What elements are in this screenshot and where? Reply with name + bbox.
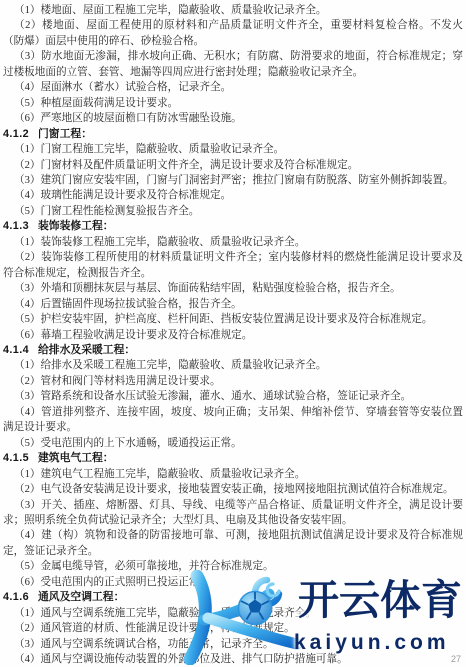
section-heading: 4.1.3装饰装修工程： [3,219,463,234]
clause-item: （4）后置锚固件现场拉拔试验合格，报告齐全。 [3,297,463,312]
brand-url: kaiyun.com [294,632,450,653]
clause-item: （1）建筑电气工程施工完毕，隐蔽验收、质量验收记录齐全。 [3,467,463,482]
clause-item: （1）楼地面、屋面工程施工完毕，隐蔽验收、质量验收记录齐全。 [3,3,463,18]
clause-item: （6）幕墙工程验收满足设计要求及符合标准规定。 [3,328,463,343]
section-title: 装饰装修工程： [38,220,114,232]
kaiyun-watermark: 开云体育 kaiyun.com [170,568,466,667]
clause-item: （2）电气设备安装满足设计要求，接地装置安装正确，接地网接地阻抗测试值符合标准规… [3,482,463,497]
clause-item: （4）屋面淋水（蓄水）试验合格，记录齐全。 [3,80,463,95]
clause-item: （6）严寒地区的坡屋面檐口有防冰雪融坠设施。 [3,111,463,126]
clause-item: （5）受电范围内的上下水通畅，暖通投运正常。 [3,436,463,451]
section-heading: 4.1.2门窗工程： [3,127,463,142]
clause-item: （3）防水地面无渗漏，排水坡向正确、无积水；有防腐、防滑要求的地面，符合标准规定… [3,49,463,80]
clause-item: （5）种植屋面载荷满足设计要求。 [3,96,463,111]
clause-item: （3）外墙和顶棚抹灰层与基层、饰面砖粘结牢固，粘贴强度检验合格，报告齐全。 [3,281,463,296]
section-title: 门窗工程： [38,128,92,140]
section-number: 4.1.2 [3,128,29,140]
section-title: 给排水及采暖工程： [38,344,135,356]
section-heading: 4.1.4给排水及采暖工程： [3,343,463,358]
document-page: （1）楼地面、屋面工程施工完毕，隐蔽验收、质量验收记录齐全。（2）楼地面、屋面工… [0,0,466,667]
page-number: 27 [451,654,461,664]
clause-item: （1）门窗工程施工完毕，隐蔽验收、质量验收记录齐全。 [3,142,463,157]
section-heading: 4.1.5建筑电气工程： [3,451,463,466]
clause-item: （2）管材和阀门等材料选用满足设计要求。 [3,374,463,389]
clause-item: （1）给排水及采暖工程施工完毕，隐蔽验收、质量验收记录齐全。 [3,358,463,373]
clause-item: （3）开关、插座、熔断器、灯具、导线、电缆等产品合格证、质量证明文件齐全，满足设… [3,498,463,529]
section-number: 4.1.3 [3,220,29,232]
clause-item: （2）楼地面、屋面工程使用的原材料和产品质量证明文件齐全，重要材料复检合格。不发… [3,18,463,49]
clause-item: （3）建筑门窗应安装牢固，门窗与门洞密封严密；推拉门窗扇有防脱落、防室外侧拆卸装… [3,173,463,188]
section-number: 4.1.6 [3,591,29,603]
clause-item: （2）门窗材料及配件质量证明文件齐全，满足设计要求及符合标准规定。 [3,158,463,173]
clause-item: （4）建（构）筑物和设备的防雷接地可靠、可测，接地阻抗测试值满足设计要求及符合标… [3,528,463,559]
clause-item: （1）装饰装修工程施工完毕，隐蔽验收、质量验收记录齐全。 [3,235,463,250]
clause-item: （4）管道排列整齐、连接牢固，坡度、坡向正确；支吊架、伸缩补偿节、穿墙套管等安装… [3,405,463,436]
football-icon [239,592,272,625]
section-title: 通风及空调工程： [38,591,124,603]
section-number: 4.1.4 [3,344,29,356]
clause-item: （5）护栏安装牢固，护栏高度、栏杆间距、挡板安装位置满足设计要求及符合标准规定。 [3,312,463,327]
clause-item: （2）装饰装修工程所使用的材料质量证明文件齐全；室内装修材料的燃烧性能满足设计要… [3,250,463,281]
section-title: 建筑电气工程： [38,452,114,464]
clause-item: （4）玻璃性能满足设计要求及符合标准规定。 [3,188,463,203]
section-number: 4.1.5 [3,452,29,464]
brand-name: 开云体育 [298,580,462,621]
clause-item: （3）管路系统和设备水压试验无渗漏，灌水、通水、通球试验合格，签证记录齐全。 [3,389,463,404]
clause-item: （5）门窗工程性能检测复验报告齐全。 [3,204,463,219]
kaiyun-logo-icon [170,570,308,665]
